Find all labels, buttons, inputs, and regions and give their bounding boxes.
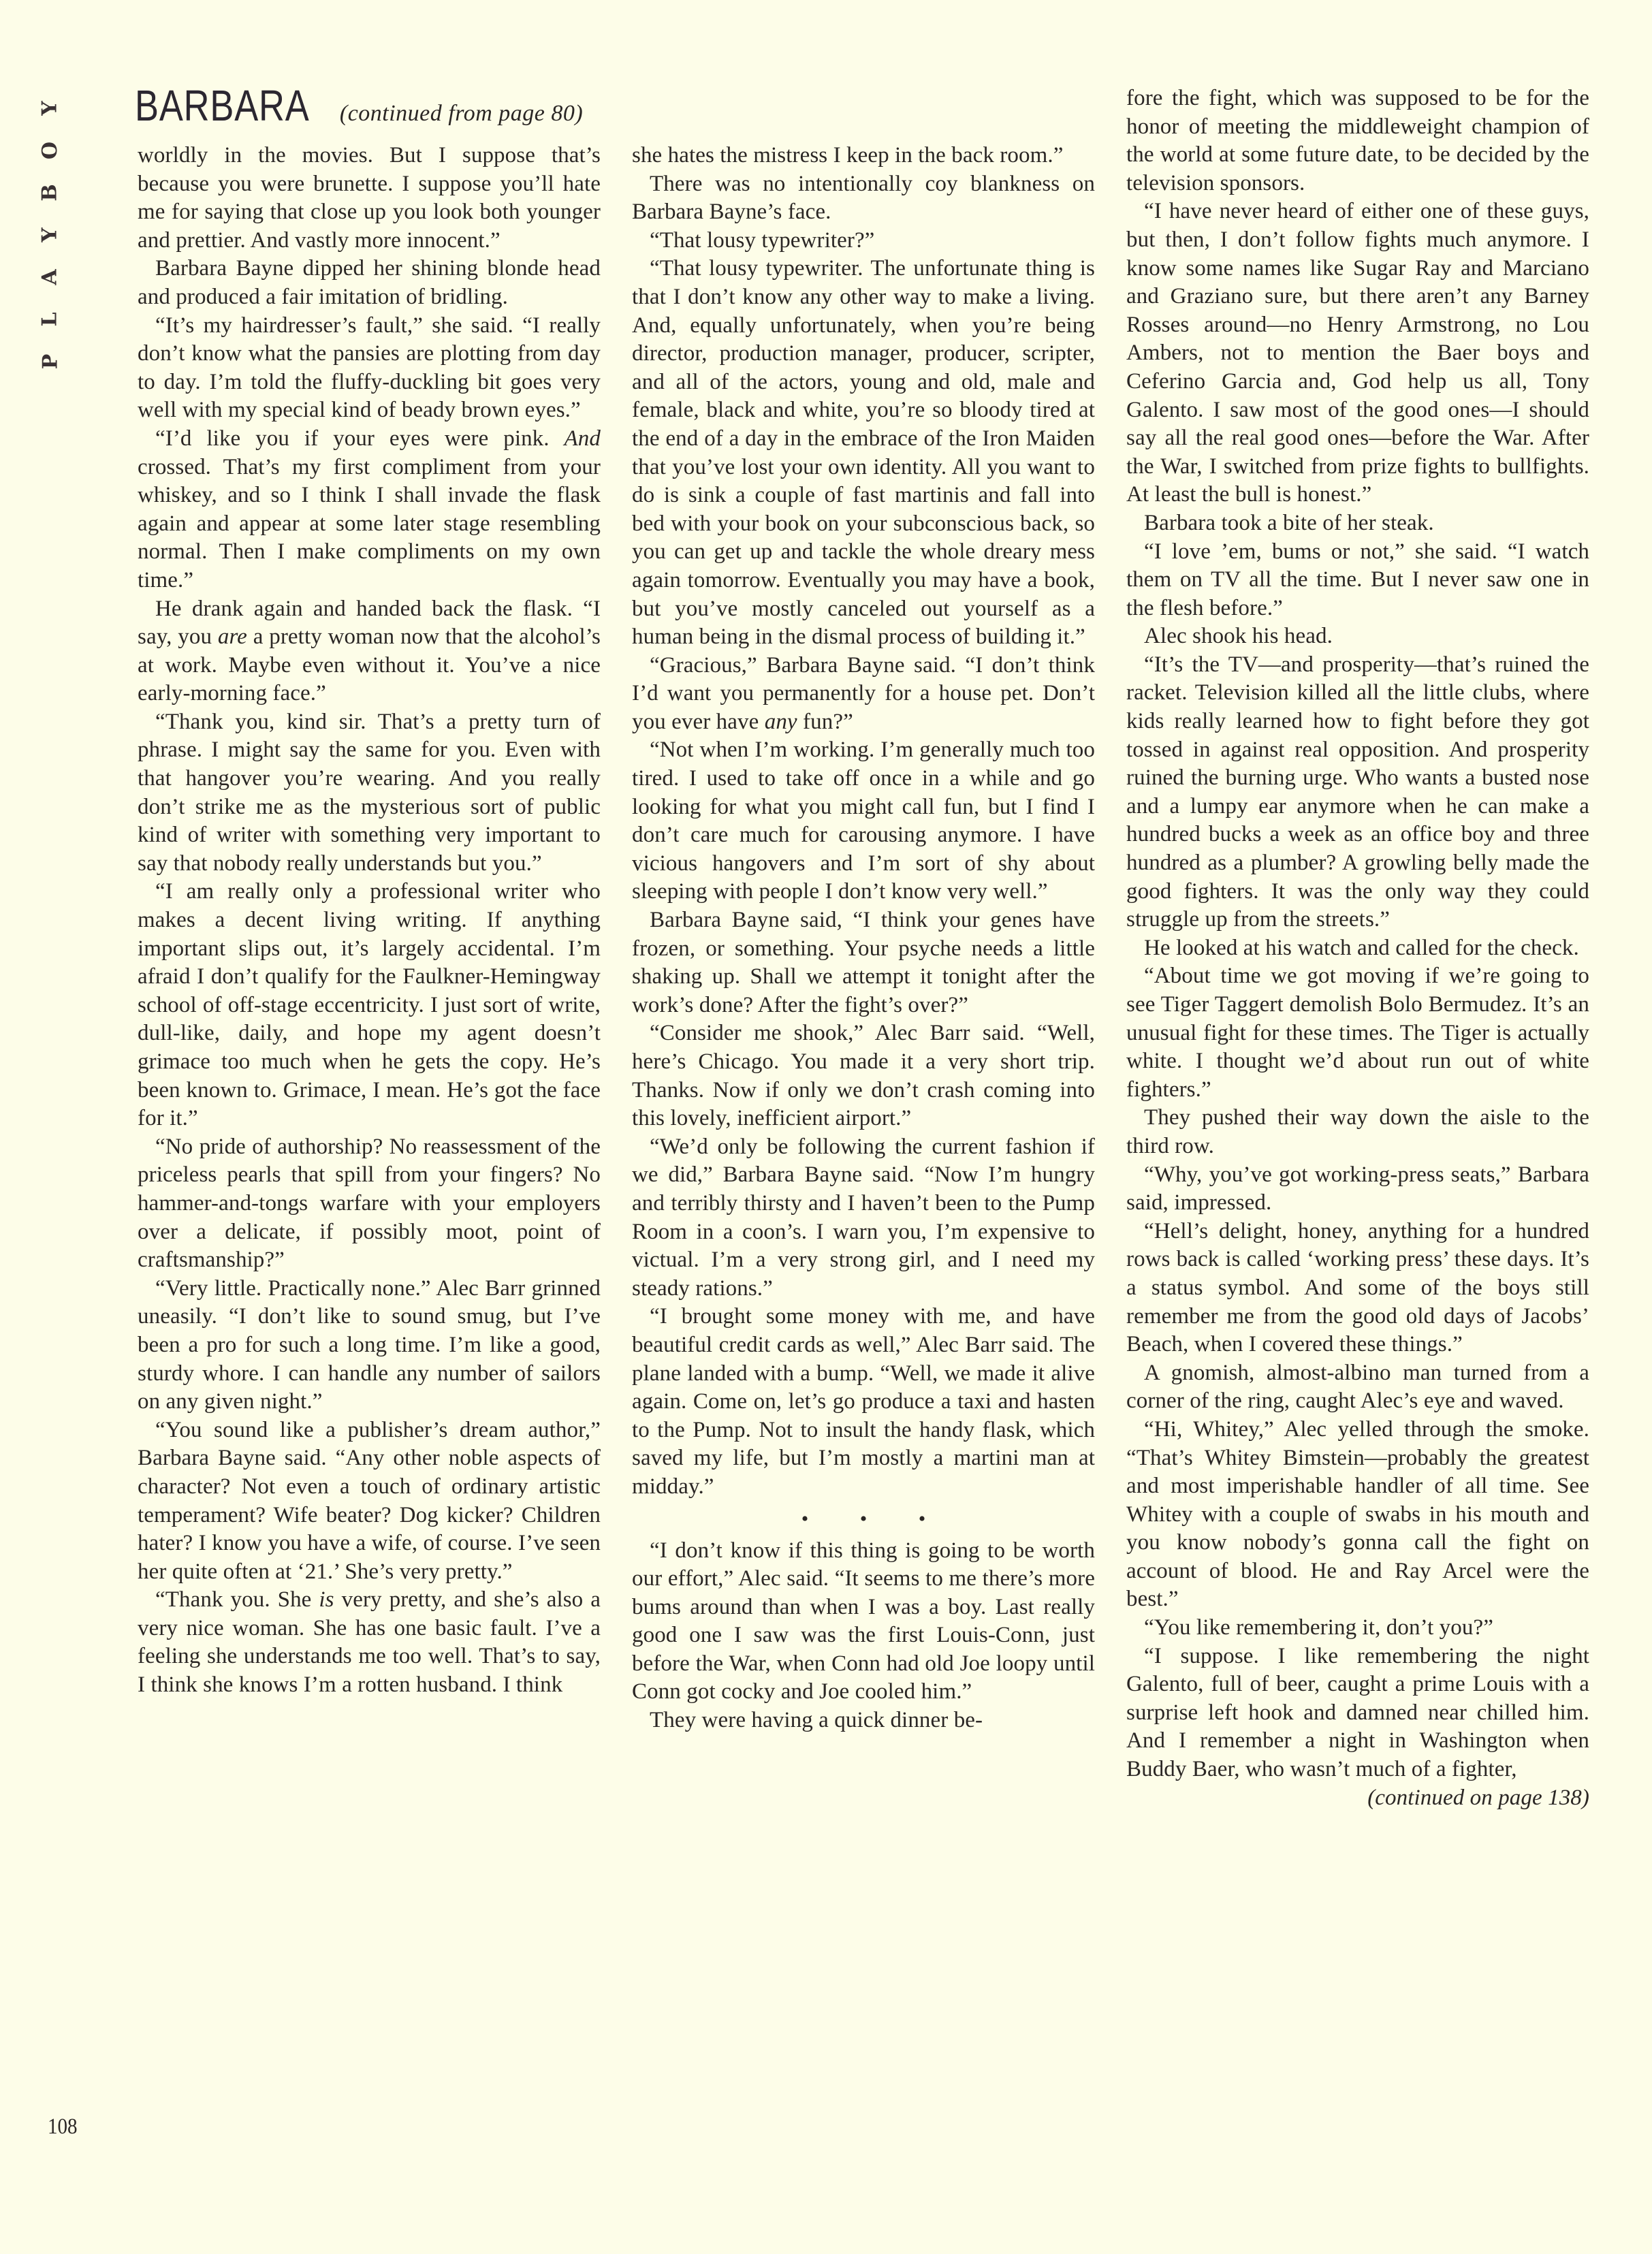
masthead-letter: L: [29, 312, 72, 326]
emphasis: any: [765, 710, 797, 734]
paragraph: “I am really only a professional writer …: [138, 878, 601, 1132]
paragraph: “Thank you, kind sir. That’s a pretty tu…: [138, 708, 601, 878]
paragraph: A gnomish, almost-albino man turned from…: [1126, 1359, 1589, 1416]
masthead-letter: B: [29, 184, 72, 201]
paragraph: “No pride of authorship? No reassessment…: [138, 1133, 601, 1275]
section-break-dots: • • •: [632, 1502, 1095, 1537]
paragraph: “Why, you’ve got working-press seats,” B…: [1126, 1161, 1589, 1218]
masthead-letter: A: [29, 269, 72, 285]
paragraph: He looked at his watch and called for th…: [1126, 934, 1589, 963]
emphasis: is: [319, 1587, 334, 1612]
paragraph: There was no intentionally coy blankness…: [632, 170, 1095, 227]
paragraph: “Not when I’m working. I’m generally muc…: [632, 736, 1095, 906]
paragraph: “Thank you. She is very pretty, and she’…: [138, 1586, 601, 1699]
paragraph: “You like remembering it, don’t you?”: [1126, 1614, 1589, 1642]
paragraph: Alec shook his head.: [1126, 622, 1589, 651]
paragraph: “I love ’em, bums or not,” she said. “I …: [1126, 538, 1589, 623]
paragraph: she hates the mistress I keep in the bac…: [632, 142, 1095, 170]
paragraph: “I don’t know if this thing is going to …: [632, 1537, 1095, 1707]
paragraph: Barbara Bayne dipped her shining blonde …: [138, 255, 601, 311]
paragraph: They were having a quick dinner be-: [632, 1707, 1095, 1735]
page-number: 108: [48, 2114, 78, 2140]
text-column-1: worldly in the movies. But I suppose tha…: [138, 142, 601, 1700]
paragraph: “I’d like you if your eyes were pink. An…: [138, 425, 601, 595]
paragraph: “That lousy typewriter. The unfortunate …: [632, 255, 1095, 651]
paragraph: “It’s the TV—and prosperity—that’s ruine…: [1126, 651, 1589, 934]
paragraph: “About time we got moving if we’re going…: [1126, 962, 1589, 1104]
paragraph: They pushed their way down the aisle to …: [1126, 1104, 1589, 1160]
paragraph: “That lousy typewriter?”: [632, 227, 1095, 255]
paragraph: “Hi, Whitey,” Alec yelled through the sm…: [1126, 1416, 1589, 1614]
masthead-letter: O: [29, 142, 72, 159]
emphasis: are: [218, 624, 247, 649]
paragraph: “I have never heard of either one of the…: [1126, 197, 1589, 509]
article-header: BARBARA (continued from page 80): [135, 80, 583, 131]
paragraph: Barbara Bayne said, “I think your genes …: [632, 906, 1095, 1019]
paragraph: “Very little. Practically none.” Alec Ba…: [138, 1275, 601, 1416]
paragraph: “We’d only be following the current fash…: [632, 1133, 1095, 1303]
emphasis: And: [565, 426, 601, 451]
paragraph: Barbara took a bite of her steak.: [1126, 509, 1589, 538]
paragraph: “It’s my hairdresser’s fault,” she said.…: [138, 312, 601, 425]
paragraph: “You sound like a publisher’s dream auth…: [138, 1416, 601, 1587]
continued-on-note: (continued on page 138): [1126, 1784, 1589, 1813]
continued-from-note: (continued from page 80): [340, 101, 583, 127]
text-column-3: fore the fight, which was supposed to be…: [1126, 84, 1589, 1812]
masthead-letter: Y: [29, 101, 72, 115]
masthead-letter: P: [29, 354, 72, 370]
paragraph: “I suppose. I like remembering the night…: [1126, 1642, 1589, 1784]
paragraph: “Consider me shook,” Alec Barr said. “We…: [632, 1019, 1095, 1132]
paragraph: “I brought some money with me, and have …: [632, 1303, 1095, 1501]
paragraph: “Hell’s delight, honey, anything for a h…: [1126, 1218, 1589, 1359]
article-title: BARBARA: [135, 80, 310, 131]
playboy-masthead-vertical: P L A Y B O Y: [35, 87, 65, 383]
paragraph: fore the fight, which was supposed to be…: [1126, 84, 1589, 197]
text-column-2: she hates the mistress I keep in the bac…: [632, 142, 1095, 1735]
paragraph: “Gracious,” Barbara Bayne said. “I don’t…: [632, 652, 1095, 737]
masthead-letter: Y: [29, 227, 72, 242]
paragraph: worldly in the movies. But I suppose tha…: [138, 142, 601, 255]
paragraph: He drank again and handed back the flask…: [138, 595, 601, 708]
